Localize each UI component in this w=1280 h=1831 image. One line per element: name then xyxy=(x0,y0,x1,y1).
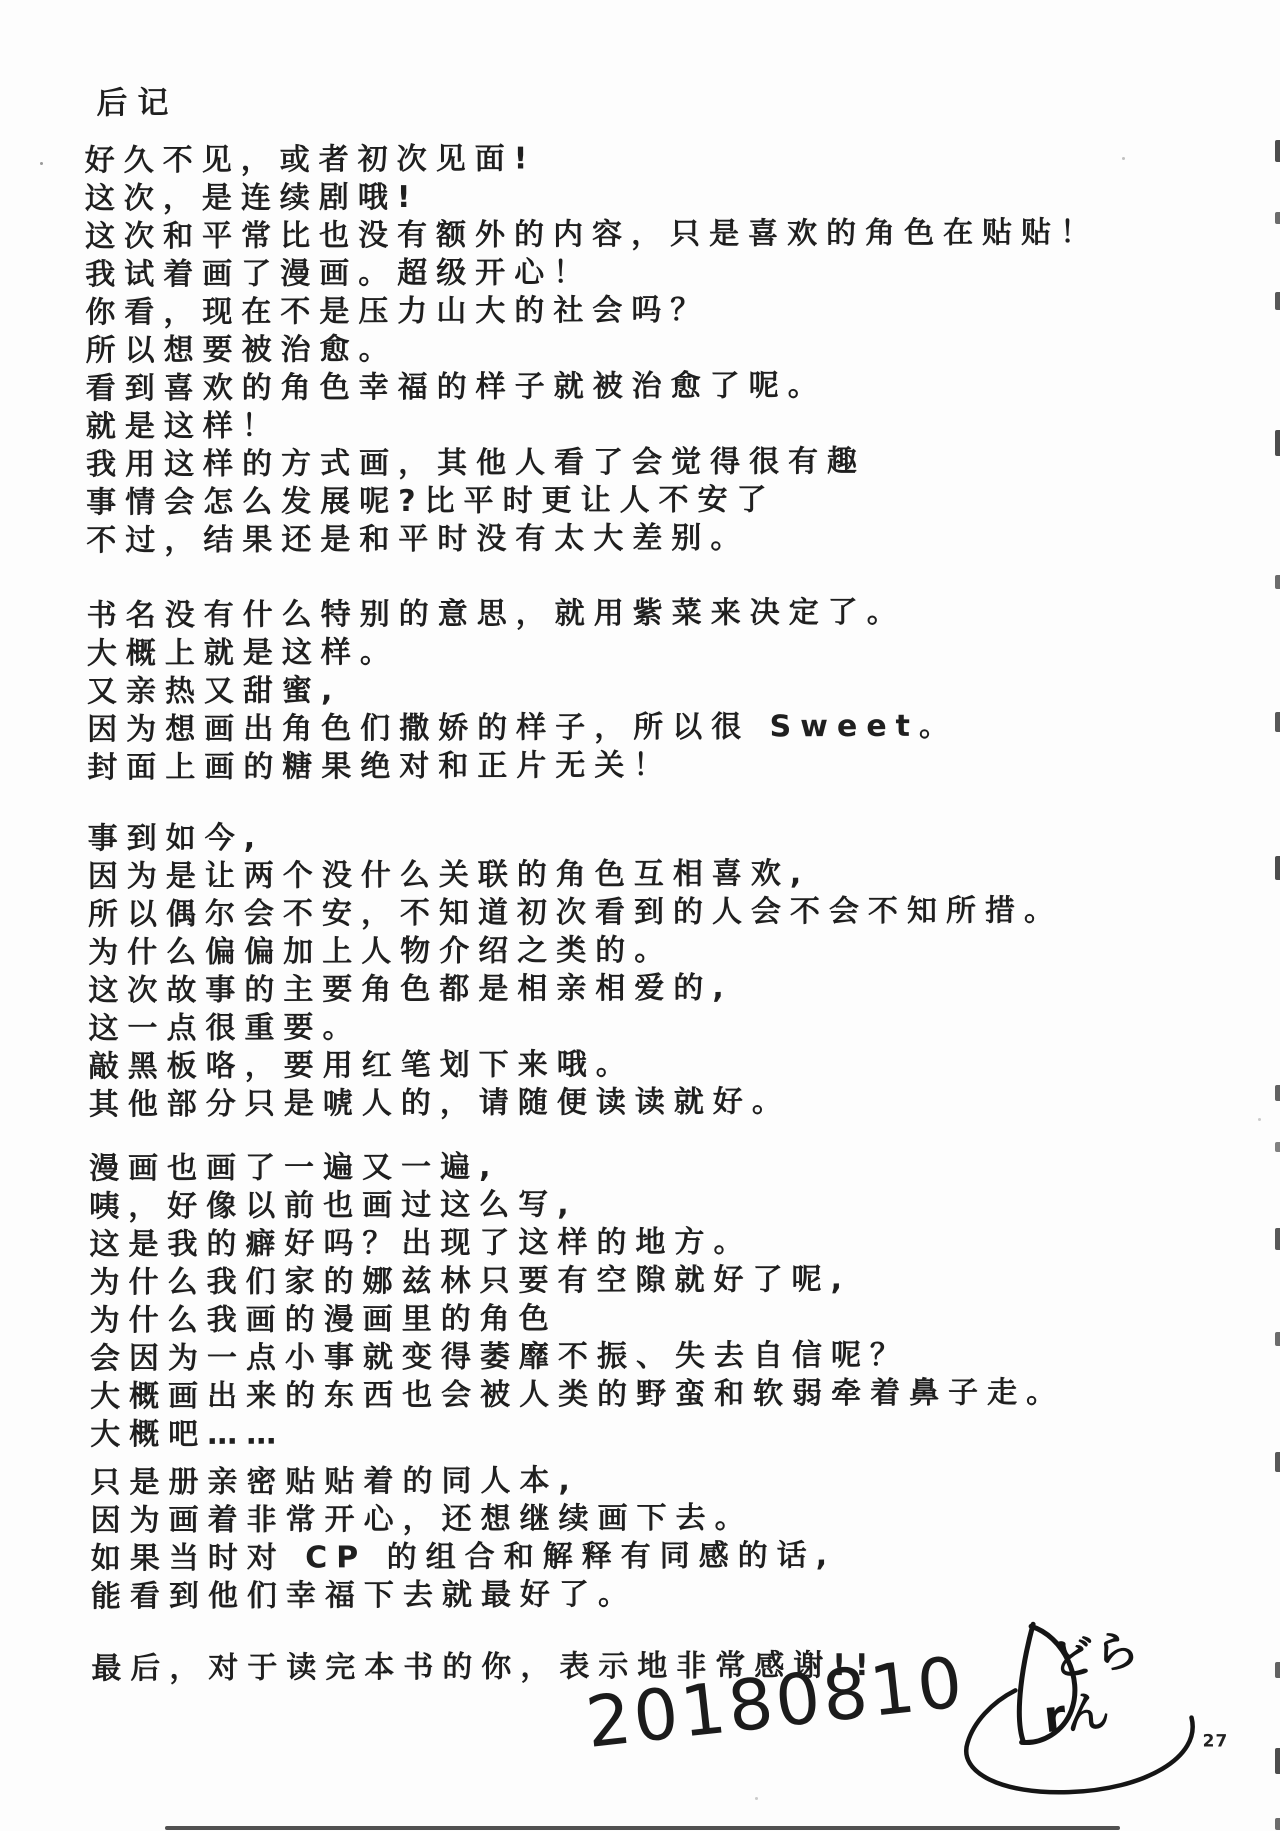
artist-signature: どら rん xyxy=(953,1610,1214,1806)
page-content: 后记 好久不见，或者初次见面!这次，是连续剧哦!这次和平常比也没有额外的内容，只… xyxy=(0,0,1280,1831)
text-line: 因为是让两个没什么关联的角色互相喜欢, xyxy=(88,854,1063,896)
text-line: 这一点很重要。 xyxy=(88,1006,1063,1048)
text-line: 看到喜欢的角色幸福的样子就被治愈了呢。 xyxy=(86,366,1100,408)
paragraph-drawing-habit: 漫画也画了一遍又一遍,咦，好像以前也画过这么写,这是我的癖好吗？出现了这样的地方… xyxy=(89,1146,1065,1454)
text-line: 漫画也画了一遍又一遍, xyxy=(89,1146,1064,1188)
text-line: 这是我的癖好吗？出现了这样的地方。 xyxy=(89,1222,1064,1264)
text-line: 我用这样的方式画，其他人看了会觉得很有趣 xyxy=(86,442,1100,484)
text-line: 这次，是连续剧哦! xyxy=(85,176,1099,218)
scan-edge-artifact xyxy=(1275,712,1280,732)
text-line: 敲黑板咯，要用红笔划下来哦。 xyxy=(89,1044,1064,1086)
text-line: 事到如今, xyxy=(88,816,1063,858)
paragraph-book-title: 书名没有什么特别的意思，就用紫菜来决定了。大概上就是这样。又亲热又甜蜜,因为想画… xyxy=(87,594,959,788)
text-line: 所以偶尔会不安，不知道初次看到的人会不会不知所措。 xyxy=(88,892,1063,934)
text-line: 所以想要被治愈。 xyxy=(85,328,1099,370)
text-line: 为什么我画的漫画里的角色 xyxy=(90,1298,1065,1340)
text-line: 大概吧…… xyxy=(90,1412,1065,1454)
afterword-title: 后记 xyxy=(96,77,178,122)
scan-edge-artifact xyxy=(1275,1085,1280,1101)
text-line: 咦，好像以前也画过这么写, xyxy=(89,1184,1064,1226)
text-line: 好久不见，或者初次见面! xyxy=(85,138,1099,180)
text-line: 又亲热又甜蜜, xyxy=(87,670,958,712)
signature-drawing: どら rん xyxy=(953,1610,1214,1806)
scan-edge-artifact xyxy=(1275,1748,1280,1774)
signature-kana-top: どら xyxy=(1048,1624,1142,1687)
text-line: 大概画出来的东西也会被人类的野蛮和软弱牵着鼻子走。 xyxy=(90,1374,1065,1416)
scan-edge-artifact xyxy=(1275,140,1280,162)
text-line: 封面上画的糖果绝对和正片无关！ xyxy=(87,746,958,788)
text-line: 不过，结果还是和平时没有太大差别。 xyxy=(86,518,1100,560)
scanned-afterword-page: 后记 好久不见，或者初次见面!这次，是连续剧哦!这次和平常比也没有额外的内容，只… xyxy=(0,0,1280,1831)
signature-kana-bottom: rん xyxy=(1041,1685,1112,1743)
text-line: 你看，现在不是压力山大的社会吗？ xyxy=(85,290,1099,332)
text-line: 因为画着非常开心，还想继续画下去。 xyxy=(91,1499,836,1540)
text-line: 就是这样！ xyxy=(86,404,1100,446)
scan-speck xyxy=(755,1797,758,1800)
scan-edge-artifact xyxy=(1275,212,1280,224)
scan-edge-artifact xyxy=(1275,856,1280,880)
text-line: 为什么我们家的娜兹林只要有空隙就好了呢, xyxy=(90,1260,1065,1302)
text-line: 书名没有什么特别的意思，就用紫菜来决定了。 xyxy=(87,594,958,636)
text-line: 这次和平常比也没有额外的内容，只是喜欢的角色在贴贴！ xyxy=(85,214,1099,256)
scan-edge-artifact xyxy=(1275,1228,1280,1250)
scan-edge-artifact xyxy=(1275,292,1280,310)
text-line: 能看到他们幸福下去就最好了。 xyxy=(91,1575,836,1616)
text-line: 我试着画了漫画。超级开心！ xyxy=(85,252,1099,294)
paragraph-characters: 事到如今,因为是让两个没什么关联的角色互相喜欢,所以偶尔会不安，不知道初次看到的… xyxy=(88,816,1064,1124)
paragraph-greeting: 好久不见，或者初次见面!这次，是连续剧哦!这次和平常比也没有额外的内容，只是喜欢… xyxy=(85,138,1101,560)
page-number: 27 xyxy=(1203,1731,1229,1751)
scan-edge-artifact xyxy=(1275,1662,1280,1678)
scan-bottom-shadow xyxy=(165,1826,1120,1830)
paragraph-closing-wish: 只是册亲密贴贴着的同人本,因为画着非常开心，还想继续画下去。如果当时对 CP 的… xyxy=(90,1461,836,1616)
text-line: 为什么偏偏加上人物介绍之类的。 xyxy=(88,930,1063,972)
text-line: 因为想画出角色们撒娇的样子，所以很 Sweet。 xyxy=(87,708,958,750)
text-line: 会因为一点小事就变得萎靡不振、失去自信呢？ xyxy=(90,1336,1065,1378)
scan-speck xyxy=(1258,1118,1261,1121)
scan-edge-artifact xyxy=(1275,1332,1280,1346)
scan-edge-artifact xyxy=(1275,1142,1280,1152)
scan-speck xyxy=(40,162,43,165)
text-line: 只是册亲密贴贴着的同人本, xyxy=(90,1461,835,1502)
scan-edge-artifact xyxy=(1275,1818,1280,1830)
text-line: 事情会怎么发展呢?比平时更让人不安了 xyxy=(86,480,1100,522)
text-line: 其他部分只是唬人的，请随便读读就好。 xyxy=(89,1082,1064,1124)
scan-edge-artifact xyxy=(1275,1452,1280,1472)
scan-speck xyxy=(1122,157,1125,160)
text-line: 如果当时对 CP 的组合和解释有同感的话, xyxy=(91,1537,836,1578)
text-line: 大概上就是这样。 xyxy=(87,632,958,674)
text-line: 这次故事的主要角色都是相亲相爱的, xyxy=(88,968,1063,1010)
scan-edge-artifact xyxy=(1275,575,1280,589)
scan-edge-artifact xyxy=(1275,430,1280,456)
